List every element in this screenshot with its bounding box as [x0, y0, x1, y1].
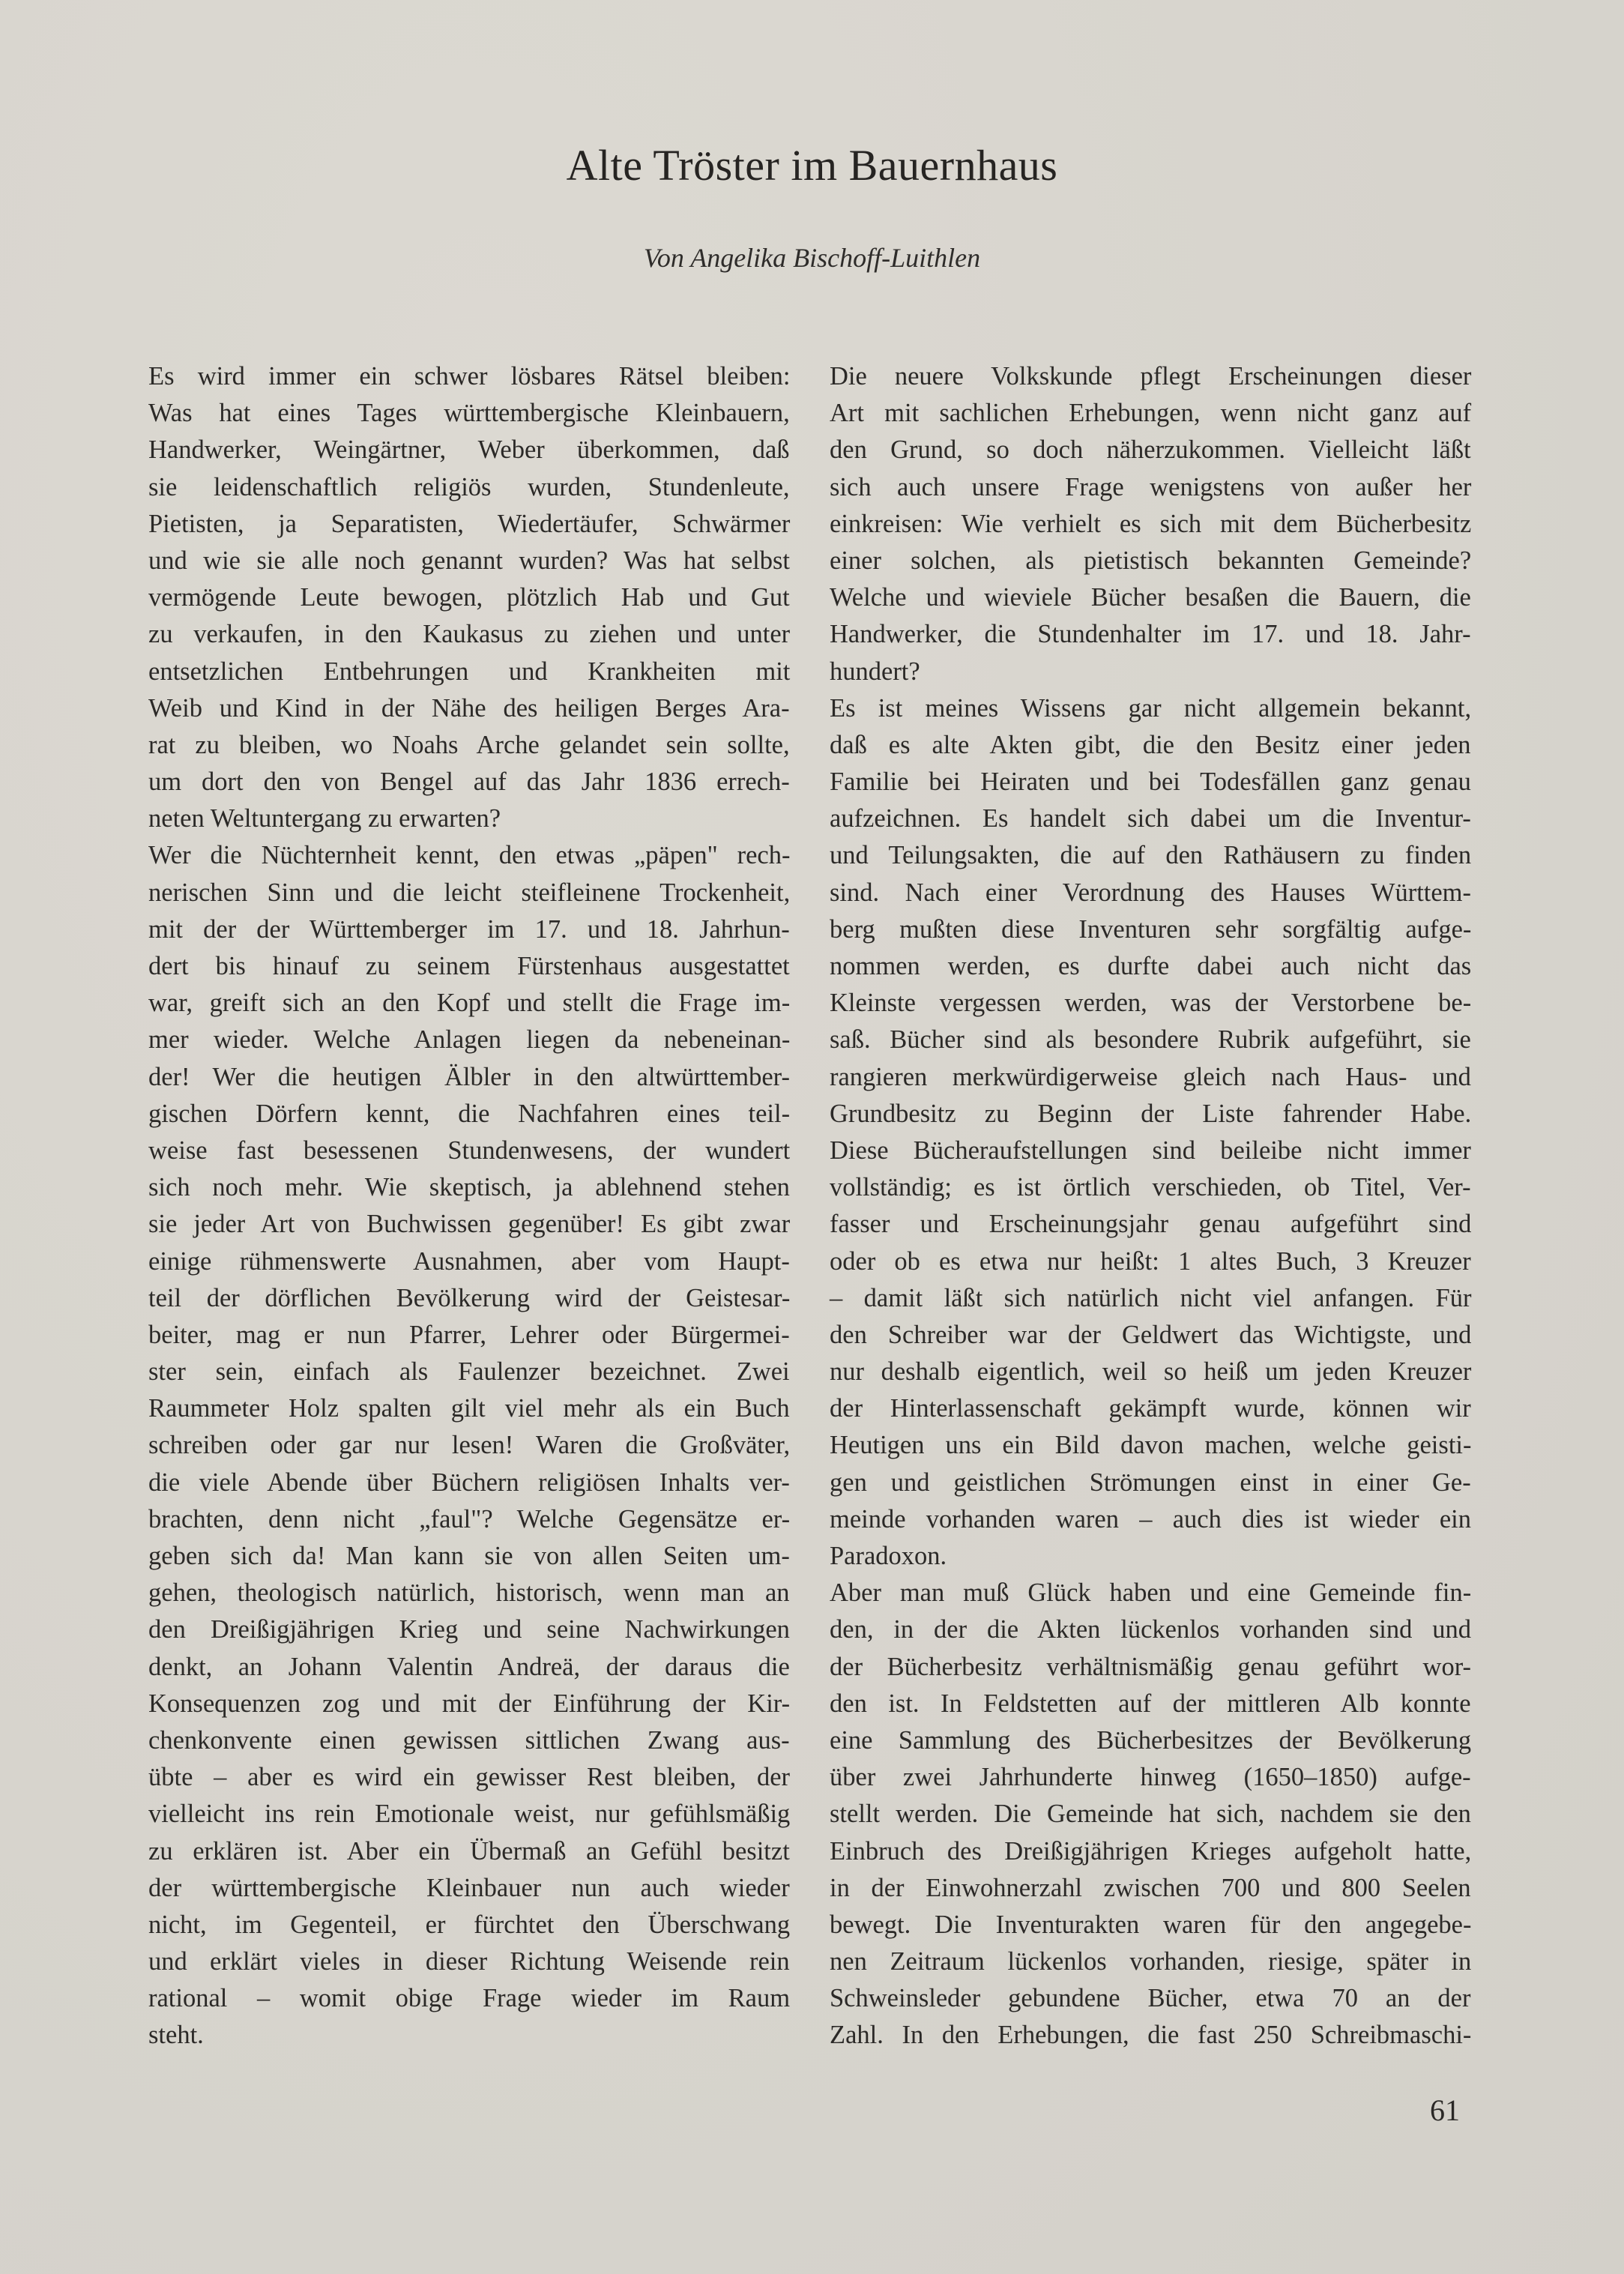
text-line: nur deshalb eigentlich, weil so heiß um … — [830, 1354, 1471, 1390]
text-line: sich auch unsere Frage wenigstens von au… — [830, 469, 1471, 506]
text-line: Wer die Nüchternheit kennt, den etwas „p… — [148, 837, 790, 874]
text-line: Art mit sachlichen Erhebungen, wenn nich… — [830, 395, 1471, 432]
text-line: nommen werden, es durfte dabei auch nich… — [830, 948, 1471, 985]
article-title: Alte Tröster im Bauernhaus — [0, 139, 1624, 192]
text-line: den Dreißigjährigen Krieg und seine Nach… — [148, 1611, 790, 1648]
text-line: Heutigen uns ein Bild davon machen, welc… — [830, 1427, 1471, 1464]
text-line: rat zu bleiben, wo Noahs Arche gelandet … — [148, 727, 790, 764]
text-line: Grundbesitz zu Beginn der Liste fahrende… — [830, 1096, 1471, 1133]
text-line: Weib und Kind in der Nähe des heiligen B… — [148, 690, 790, 727]
text-line: stellt werden. Die Gemeinde hat sich, na… — [830, 1796, 1471, 1833]
text-line: einer solchen, als pietistisch bekannten… — [830, 543, 1471, 579]
text-line: und wie sie alle noch genannt wurden? Wa… — [148, 543, 790, 579]
text-line: hundert? — [830, 654, 1471, 690]
text-line: neten Weltuntergang zu erwarten? — [148, 800, 790, 837]
text-line: gen und geistlichen Strömungen einst in … — [830, 1465, 1471, 1501]
text-line: war, greift sich an den Kopf und stellt … — [148, 985, 790, 1022]
text-line: sind. Nach einer Verordnung des Hauses W… — [830, 875, 1471, 911]
text-line: denkt, an Johann Valentin Andreä, der da… — [148, 1649, 790, 1686]
left-column: Es wird immer ein schwer lösbares Rätsel… — [148, 358, 790, 2054]
text-line: um dort den von Bengel auf das Jahr 1836… — [148, 764, 790, 800]
text-line: bewegt. Die Inventurakten waren für den … — [830, 1907, 1471, 1943]
text-line: vollständig; es ist örtlich verschieden,… — [830, 1169, 1471, 1206]
text-line: über zwei Jahrhunderte hinweg (1650–1850… — [830, 1759, 1471, 1796]
text-line: und erklärt vieles in dieser Richtung We… — [148, 1943, 790, 1980]
text-line: weise fast besessenen Stundenwesens, der… — [148, 1133, 790, 1169]
text-line: vermögende Leute bewogen, plötzlich Hab … — [148, 579, 790, 616]
text-line: Diese Bücheraufstellungen sind beileibe … — [830, 1133, 1471, 1169]
article-byline: Von Angelika Bischoff-Luithlen — [0, 241, 1624, 274]
text-line: saß. Bücher sind als besondere Rubrik au… — [830, 1022, 1471, 1058]
text-line: ster sein, einfach als Faulenzer bezeich… — [148, 1354, 790, 1390]
page-number: 61 — [1430, 2093, 1460, 2129]
text-line: oder ob es etwa nur heißt: 1 altes Buch,… — [830, 1243, 1471, 1280]
text-line: einige rühmenswerte Ausnahmen, aber vom … — [148, 1243, 790, 1280]
text-line: brachten, denn nicht „faul"? Welche Gege… — [148, 1501, 790, 1538]
text-line: den Grund, so doch näherzukommen. Vielle… — [830, 432, 1471, 468]
text-line: geben sich da! Man kann sie von allen Se… — [148, 1538, 790, 1575]
text-line: rational – womit obige Frage wieder im R… — [148, 1980, 790, 2017]
text-line: Kleinste vergessen werden, was der Verst… — [830, 985, 1471, 1022]
text-line: zu erklären ist. Aber ein Übermaß an Gef… — [148, 1833, 790, 1870]
text-line: chenkonvente einen gewissen sittlichen Z… — [148, 1722, 790, 1759]
text-line: Pietisten, ja Separatisten, Wiedertäufer… — [148, 506, 790, 543]
text-line: und Teilungsakten, die auf den Rathäuser… — [830, 837, 1471, 874]
text-line: Welche und wieviele Bücher besaßen die B… — [830, 579, 1471, 616]
text-line: Schweinsleder gebundene Bücher, etwa 70 … — [830, 1980, 1471, 2017]
text-line: der Hinterlassenschaft gekämpft wurde, k… — [830, 1390, 1471, 1427]
text-line: aufzeichnen. Es handelt sich dabei um di… — [830, 800, 1471, 837]
right-column: Die neuere Volkskunde pflegt Erscheinung… — [830, 358, 1471, 2054]
text-line: Es ist meines Wissens gar nicht allgemei… — [830, 690, 1471, 727]
text-line: die viele Abende über Büchern religiösen… — [148, 1465, 790, 1501]
text-line: Paradoxon. — [830, 1538, 1471, 1575]
text-line: Familie bei Heiraten und bei Todesfällen… — [830, 764, 1471, 800]
text-line: vielleicht ins rein Emotionale weist, nu… — [148, 1796, 790, 1833]
text-line: mit der der Württemberger im 17. und 18.… — [148, 911, 790, 948]
text-line: gehen, theologisch natürlich, historisch… — [148, 1575, 790, 1611]
text-line: teil der dörflichen Bevölkerung wird der… — [148, 1280, 790, 1317]
text-line: Raummeter Holz spalten gilt viel mehr al… — [148, 1390, 790, 1427]
text-line: sich noch mehr. Wie skeptisch, ja ablehn… — [148, 1169, 790, 1206]
text-line: den ist. In Feldstetten auf der mittlere… — [830, 1686, 1471, 1722]
text-line: nerischen Sinn und die leicht steifleine… — [148, 875, 790, 911]
text-line: übte – aber es wird ein gewisser Rest bl… — [148, 1759, 790, 1796]
text-line: berg mußten diese Inventuren sehr sorgfä… — [830, 911, 1471, 948]
text-line: nicht, im Gegenteil, er fürchtet den Übe… — [148, 1907, 790, 1943]
text-line: der württembergische Kleinbauer nun auch… — [148, 1870, 790, 1907]
text-line: Konsequenzen zog und mit der Einführung … — [148, 1686, 790, 1722]
text-line: dert bis hinauf zu seinem Fürstenhaus au… — [148, 948, 790, 985]
text-line: einkreisen: Wie verhielt es sich mit dem… — [830, 506, 1471, 543]
text-line: nen Zeitraum lückenlos vorhanden, riesig… — [830, 1943, 1471, 1980]
text-line: Es wird immer ein schwer lösbares Rätsel… — [148, 358, 790, 395]
text-line: rangieren merkwürdigerweise gleich nach … — [830, 1059, 1471, 1096]
text-line: eine Sammlung des Bücherbesitzes der Bev… — [830, 1722, 1471, 1759]
text-line: gischen Dörfern kennt, die Nachfahren ei… — [148, 1096, 790, 1133]
text-line: sie jeder Art von Buchwissen gegenüber! … — [148, 1206, 790, 1243]
text-line: Handwerker, Weingärtner, Weber überkomme… — [148, 432, 790, 468]
text-line: Die neuere Volkskunde pflegt Erscheinung… — [830, 358, 1471, 395]
text-line: den, in der die Akten lückenlos vorhande… — [830, 1611, 1471, 1648]
text-line: Einbruch des Dreißigjährigen Krieges auf… — [830, 1833, 1471, 1870]
text-line: zu verkaufen, in den Kaukasus zu ziehen … — [148, 616, 790, 653]
text-line: sie leidenschaftlich religiös wurden, St… — [148, 469, 790, 506]
text-line: meinde vorhanden waren – auch dies ist w… — [830, 1501, 1471, 1538]
text-line: der Bücherbesitz verhältnismäßig genau g… — [830, 1649, 1471, 1686]
text-line: Zahl. In den Erhebungen, die fast 250 Sc… — [830, 2017, 1471, 2054]
text-line: fasser und Erscheinungsjahr genau aufgef… — [830, 1206, 1471, 1243]
document-page: Alte Tröster im Bauernhaus Von Angelika … — [0, 0, 1624, 2274]
text-line: Was hat eines Tages württembergische Kle… — [148, 395, 790, 432]
text-line: mer wieder. Welche Anlagen liegen da neb… — [148, 1022, 790, 1058]
text-line: – damit läßt sich natürlich nicht viel a… — [830, 1280, 1471, 1317]
text-line: der! Wer die heutigen Älbler in den altw… — [148, 1059, 790, 1096]
text-line: daß es alte Akten gibt, die den Besitz e… — [830, 727, 1471, 764]
text-line: steht. — [148, 2017, 790, 2054]
text-line: den Schreiber war der Geldwert das Wicht… — [830, 1317, 1471, 1354]
text-line: in der Einwohnerzahl zwischen 700 und 80… — [830, 1870, 1471, 1907]
text-line: entsetzlichen Entbehrungen und Krankheit… — [148, 654, 790, 690]
text-line: Handwerker, die Stundenhalter im 17. und… — [830, 616, 1471, 653]
text-line: schreiben oder gar nur lesen! Waren die … — [148, 1427, 790, 1464]
text-line: Aber man muß Glück haben und eine Gemein… — [830, 1575, 1471, 1611]
text-line: beiter, mag er nun Pfarrer, Lehrer oder … — [148, 1317, 790, 1354]
